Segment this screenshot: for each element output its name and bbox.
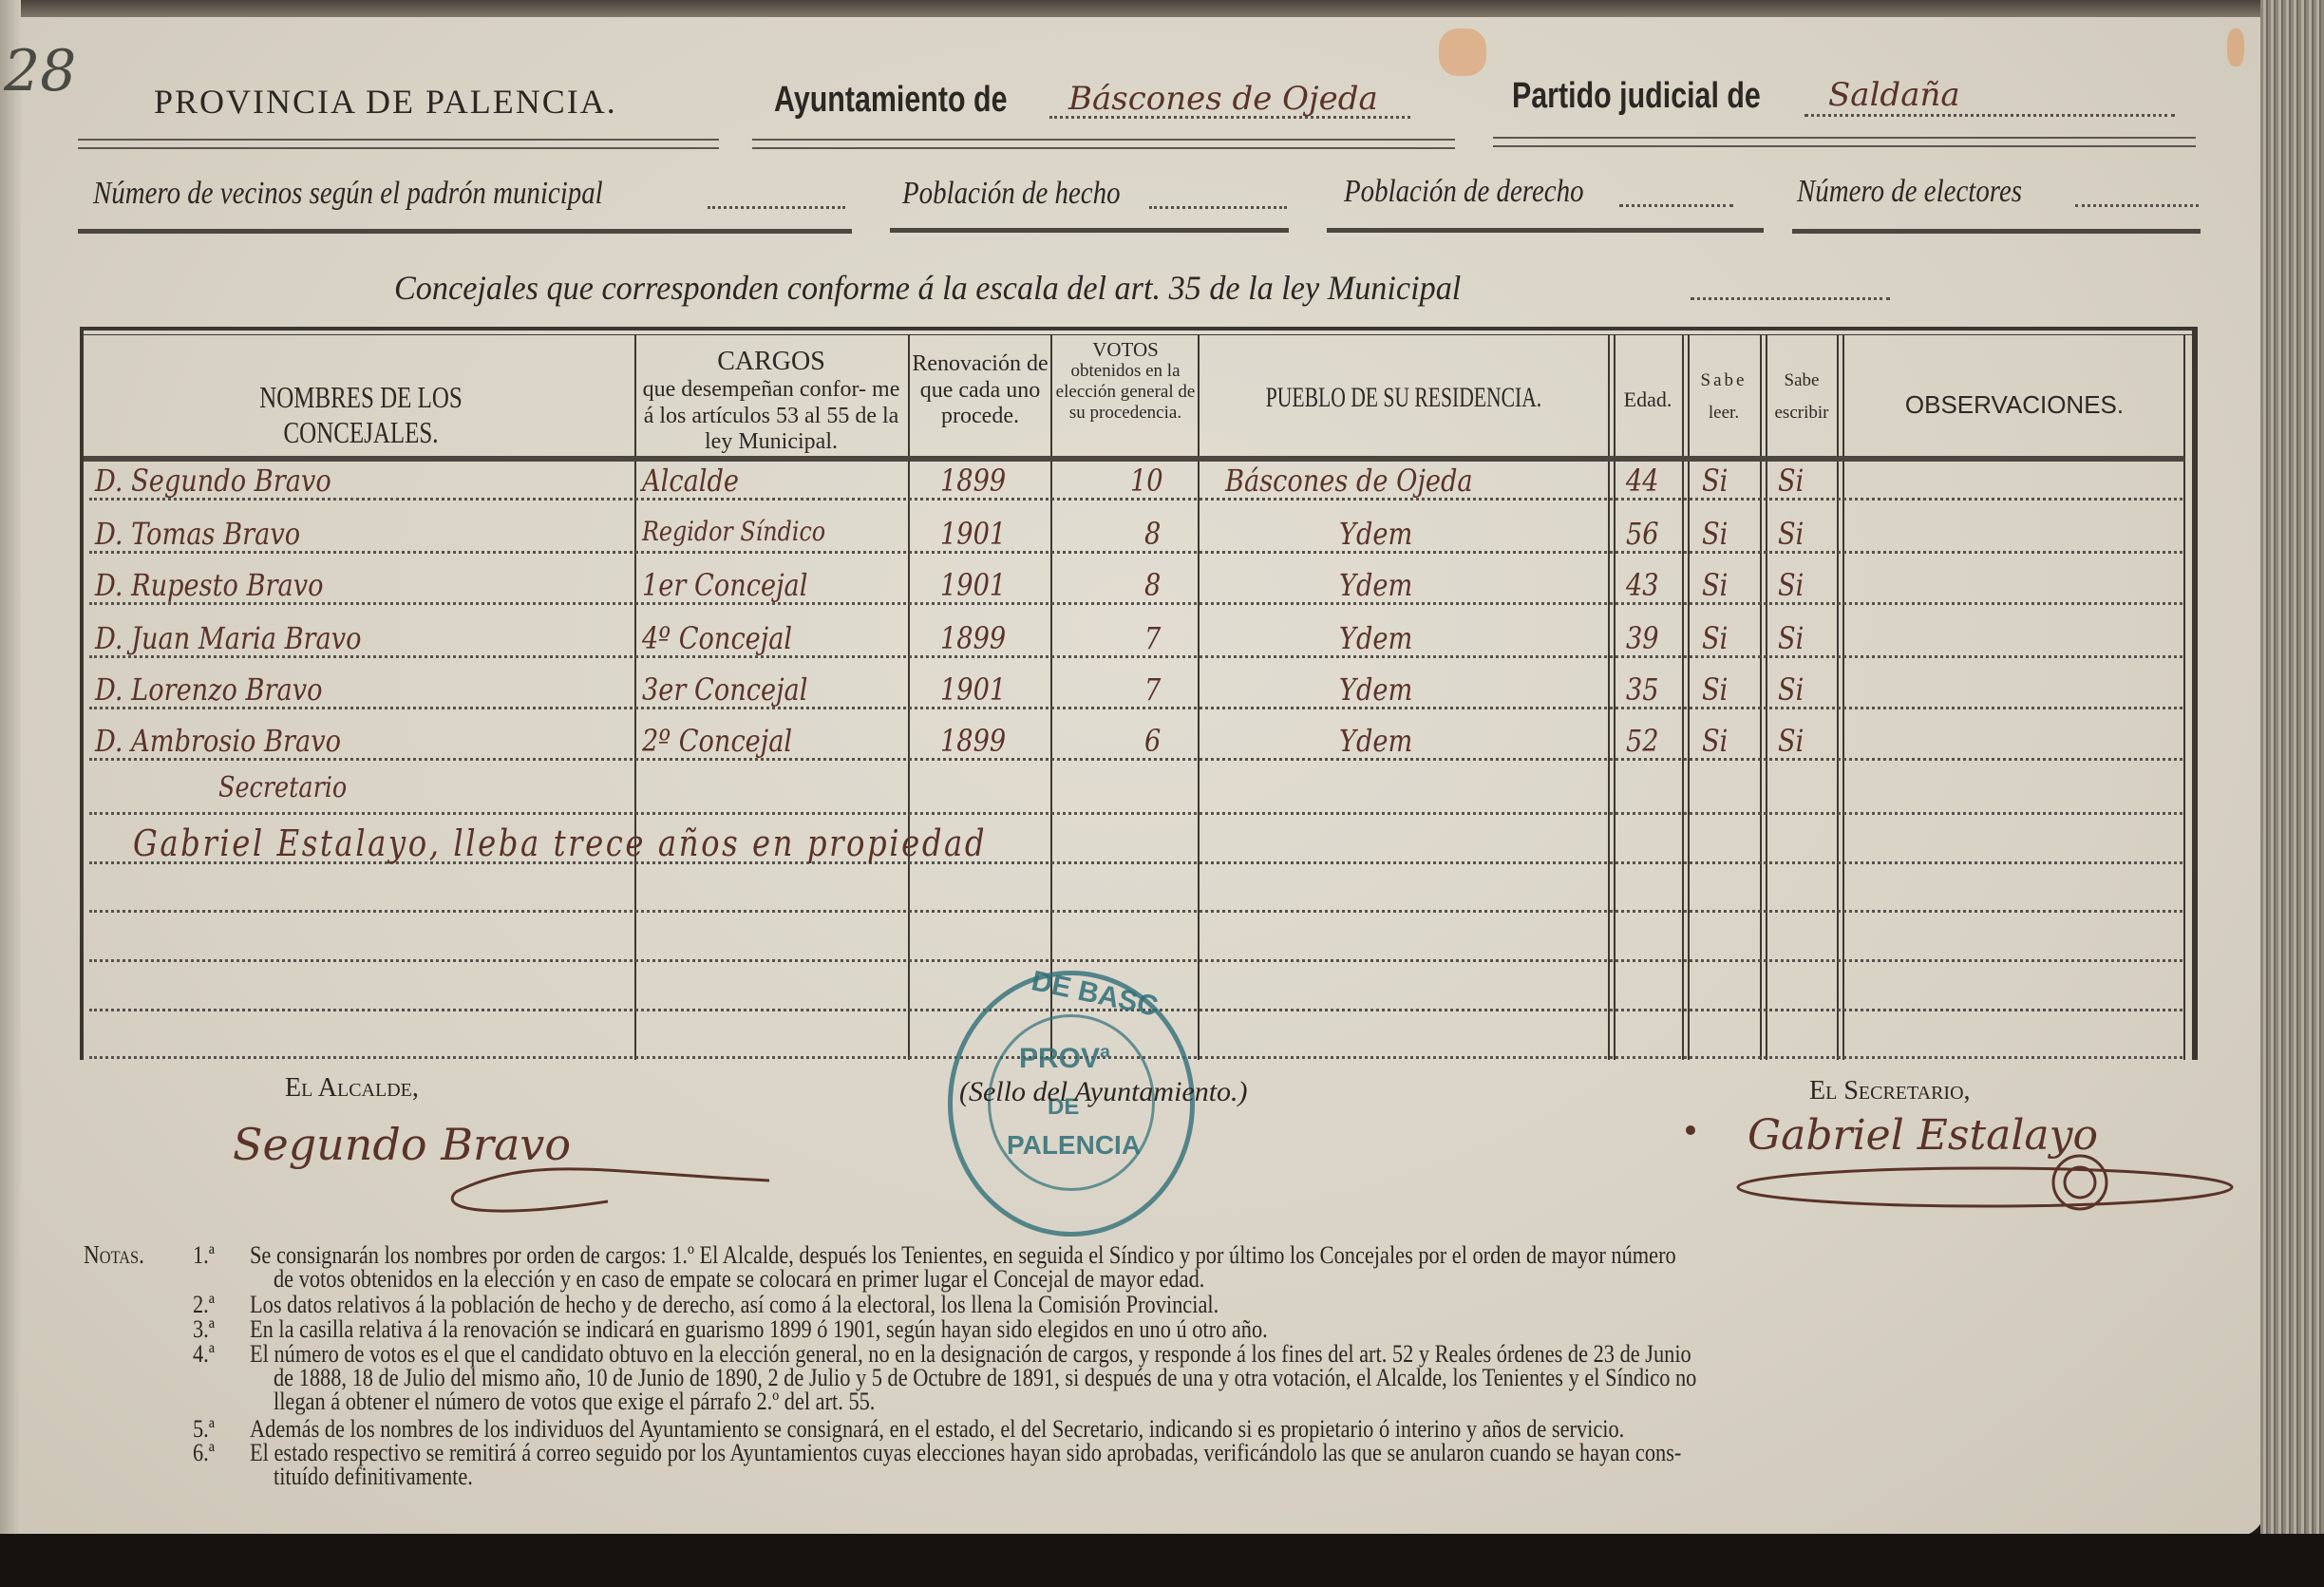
cell-edad: 44 [1626, 463, 1659, 499]
seal-label: (Sello del Ayuntamiento.) [959, 1076, 1248, 1108]
table-right-border [2192, 327, 2198, 1060]
census-rule [890, 228, 1289, 233]
col-sep [1608, 334, 1615, 1060]
note-number: 1.ª [193, 1239, 215, 1271]
cell-renovacion: 1901 [940, 671, 1006, 708]
col-header-sabe-escribir-sub: escribir [1767, 403, 1837, 424]
cell-leer: Si [1702, 463, 1728, 499]
partido-dots [1804, 114, 2175, 117]
col-header-votos-sub: obtenidos en la elección general de su p… [1054, 361, 1197, 424]
cell-edad: 43 [1626, 567, 1659, 603]
cell-edad: 56 [1626, 516, 1659, 552]
col-sep [1198, 334, 1200, 1060]
col-header-cargos: CARGOS que desempeñan confor- me á los a… [638, 347, 904, 456]
cell-pueblo: Ydem [1339, 671, 1412, 708]
concejales-label: Concejales que corresponden conforme á l… [394, 268, 1461, 308]
table-right-border-inner [2183, 334, 2185, 1060]
foxing-stain [1439, 28, 1486, 76]
cell-escribir: Si [1778, 723, 1804, 759]
cell-cargo: Alcalde [642, 463, 739, 499]
col-header-cargos-title: CARGOS [638, 347, 904, 377]
provincia-title: PROVINCIA DE PALENCIA. [154, 82, 617, 122]
note-6-line-2: tituído definitivamente. [274, 1461, 473, 1492]
census-rule [1792, 229, 2201, 234]
col-header-sabe-escribir-title: Sabe [1767, 370, 1837, 391]
col-sep [908, 334, 910, 1060]
poblacion-derecho-field[interactable] [1619, 204, 1733, 207]
cell-leer: Si [1702, 671, 1728, 708]
alcalde-label: El Alcalde, [285, 1073, 419, 1104]
cell-nombre: D. Segundo Bravo [95, 463, 331, 499]
col-header-votos: VOTOS obtenidos en la elección general d… [1054, 338, 1197, 424]
page-number: 28 [4, 38, 76, 104]
cell-pueblo: Ydem [1339, 620, 1412, 656]
ayuntamiento-label: Ayuntamiento de [774, 80, 1007, 121]
note-number: 4.ª [193, 1338, 215, 1370]
secretary-note: Gabriel Estalayo, lleba trece años en pr… [133, 822, 987, 864]
cell-votos: 6 [1144, 723, 1161, 759]
cell-escribir: Si [1778, 516, 1804, 552]
poblacion-hecho-field[interactable] [1149, 206, 1287, 209]
cell-pueblo: Ydem [1339, 723, 1412, 759]
cell-edad: 39 [1626, 620, 1659, 656]
cell-leer: Si [1702, 620, 1728, 656]
electores-label: Número de electores [1797, 174, 2022, 210]
alcalde-flourish [418, 1154, 779, 1220]
cell-pueblo: Ydem [1339, 516, 1412, 552]
col-sep [1760, 334, 1767, 1060]
cell-leer: Si [1702, 723, 1728, 759]
header-bottom-rule [84, 456, 2184, 462]
col-sep [1050, 334, 1052, 1060]
cell-renovacion: 1899 [940, 723, 1006, 759]
cell-votos: 10 [1130, 463, 1163, 499]
col-sep [634, 334, 636, 1060]
header-rule [78, 139, 719, 149]
book-bottom-shadow [0, 1534, 2324, 1587]
col-header-sabe-leer-title: Sabe [1689, 370, 1759, 391]
cell-votos: 7 [1144, 671, 1161, 708]
cell-nombre: D. Lorenzo Bravo [95, 671, 322, 708]
cell-votos: 7 [1144, 620, 1161, 656]
census-rule [1327, 228, 1764, 233]
cell-edad: 52 [1626, 723, 1659, 759]
cell-nombre: D. Tomas Bravo [95, 516, 300, 552]
cell-escribir: Si [1778, 620, 1804, 656]
row-rule [89, 602, 2182, 605]
cell-leer: Si [1702, 516, 1728, 552]
table-top-border-inner [80, 334, 2198, 335]
table-top-border [80, 327, 2198, 331]
cell-leer: Si [1702, 567, 1728, 603]
stamp-line3: PALENCIA [1007, 1130, 1141, 1161]
col-header-observaciones: OBSERVACIONES. [1844, 391, 2184, 420]
col-header-votos-title: VOTOS [1054, 338, 1197, 361]
col-header-pueblo: PUEBLO DE SU RESIDENCIA. [1260, 382, 1547, 415]
census-rule [78, 229, 852, 234]
cell-pueblo: Ydem [1339, 567, 1412, 603]
row-rule [89, 812, 2182, 815]
foxing-stain [2227, 28, 2244, 66]
row-rule [89, 655, 2182, 658]
col-sep [1682, 334, 1690, 1060]
poblacion-hecho-label: Población de hecho [902, 176, 1121, 212]
cell-votos: 8 [1144, 516, 1161, 552]
table-left-border [80, 327, 84, 1060]
cell-cargo: 1er Concejal [642, 567, 807, 603]
book-gutter [0, 0, 21, 1539]
partido-value: Saldaña [1828, 76, 1960, 114]
col-header-renovacion: Renovación de que cada uno procede. [912, 351, 1049, 430]
note-number: 6.ª [193, 1437, 215, 1468]
poblacion-derecho-label: Población de derecho [1344, 174, 1584, 210]
stamp-line1: PROVª [1019, 1043, 1110, 1075]
header-rule [1493, 137, 2196, 147]
cell-votos: 8 [1144, 567, 1161, 603]
cell-cargo: 4º Concejal [642, 620, 792, 656]
cell-nombre: D. Juan Maria Bravo [95, 620, 362, 656]
cell-escribir: Si [1778, 463, 1804, 499]
header-rule [752, 139, 1455, 149]
row-rule [89, 959, 2182, 962]
cell-cargo: 2º Concejal [642, 723, 792, 759]
electores-field[interactable] [2075, 204, 2199, 207]
ayuntamiento-value: Báscones de Ojeda [1068, 80, 1378, 118]
col-header-sabe-leer: Sabe leer. [1689, 370, 1759, 424]
partido-label: Partido judicial de [1512, 76, 1761, 117]
cell-pueblo: Báscones de Ojeda [1225, 463, 1473, 499]
secretario-flourish [1672, 1092, 2241, 1225]
row-rule [89, 758, 2182, 761]
secretary-label: Secretario [218, 771, 347, 804]
row-rule [89, 551, 2182, 554]
vecinos-label: Número de vecinos según el padrón munici… [93, 176, 603, 212]
row-rule [89, 910, 2182, 913]
col-header-sabe-leer-sub: leer. [1689, 403, 1759, 424]
notes-label: Notas. [84, 1239, 144, 1271]
col-header-edad: Edad. [1615, 387, 1681, 411]
col-sep [1837, 334, 1844, 1060]
cell-renovacion: 1899 [940, 463, 1006, 499]
cell-renovacion: 1901 [940, 567, 1006, 603]
col-header-sabe-escribir: Sabe escribir [1767, 370, 1837, 424]
cell-escribir: Si [1778, 567, 1804, 603]
col-header-cargos-sub: que desempeñan confor- me á los artículo… [638, 377, 904, 456]
cell-cargo: Regidor Síndico [642, 516, 825, 547]
vecinos-field[interactable] [708, 206, 845, 209]
cell-edad: 35 [1626, 671, 1659, 708]
book-page-edges [2260, 0, 2324, 1587]
concejales-field[interactable] [1691, 297, 1890, 300]
cell-cargo: 3er Concejal [642, 671, 807, 708]
row-rule [89, 707, 2182, 709]
cell-nombre: D. Ambrosio Bravo [95, 723, 341, 759]
cell-renovacion: 1899 [940, 620, 1006, 656]
cell-renovacion: 1901 [940, 516, 1006, 552]
cell-escribir: Si [1778, 671, 1804, 708]
notes-section: Notas. 1.ª Se consignarán los nombres po… [84, 1239, 2230, 1543]
col-header-nombres: NOMBRES DE LOS CONCEJALES. [191, 380, 532, 450]
cell-nombre: D. Rupesto Bravo [95, 567, 323, 603]
